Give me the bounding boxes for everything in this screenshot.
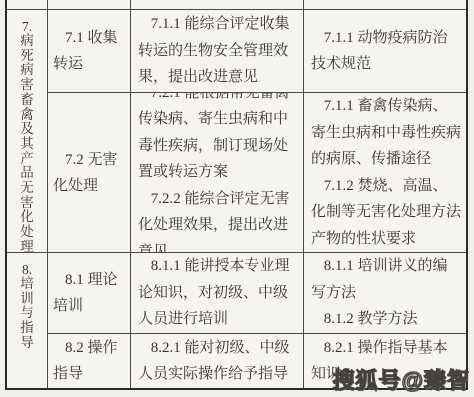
section-7-function-cell: 7. 病死病害畜禽及其产品无害化处理 bbox=[7, 10, 48, 253]
section-8-number: 8. bbox=[7, 262, 47, 277]
knowledge-cell-7-2: 7.1.1 畜禽传染病、寄生虫病和中毒性疾病的病原、传播途径 7.1.2 焚烧、… bbox=[304, 93, 466, 253]
work-label: 8.2 操作指导 bbox=[53, 335, 125, 387]
skill-item: 7.2.2 能综合评定无害化处理效果，提出改进意见 bbox=[138, 186, 298, 253]
skill-item: 8.1.1 能讲授本专业理论知识，对初级、中级人员进行培训 bbox=[138, 253, 298, 333]
skills-cell-8-1: 8.1.1 能讲授本专业理论知识，对初级、中级人员进行培训 bbox=[131, 253, 304, 334]
cutoff-row-cell bbox=[304, 0, 466, 10]
work-label: 7.1 收集转运 bbox=[53, 25, 125, 77]
knowledge-item: 7.1.2 焚烧、高温、化制等无害化处理方法产物的性状要求 bbox=[311, 173, 461, 253]
cutoff-row-cell bbox=[7, 0, 48, 10]
cutoff-row-cell bbox=[131, 0, 304, 10]
skills-cell-7-2: 7.2.1 能根据常见畜禽传染病、寄生虫病和中毒性疾病，制订现场处置或转运方案 … bbox=[131, 93, 304, 253]
knowledge-item: 7.1.1 动物疫病防治技术规范 bbox=[311, 25, 461, 78]
cutoff-row-cell bbox=[48, 0, 131, 10]
section-8-name: 培训与指导 bbox=[20, 277, 35, 351]
scanned-document-page: 7. 病死病害畜禽及其产品无害化处理 7.1 收集转运 7.1.1 能综合评定收… bbox=[0, 0, 474, 397]
skill-item: 8.2.1 能对初级、中级人员实际操作给予指导 bbox=[138, 335, 298, 388]
section-8-function-cell: 8. 培训与指导 bbox=[7, 253, 48, 388]
skills-cell-8-2: 8.2.1 能对初级、中级人员实际操作给予指导 bbox=[131, 334, 304, 388]
knowledge-item: 8.1.2 教学方法 bbox=[311, 306, 461, 333]
knowledge-item: 7.1.1 畜禽传染病、寄生虫病和中毒性疾病的病原、传播途径 bbox=[311, 93, 461, 173]
knowledge-cell-8-1: 8.1.1 培训讲义的编写方法 8.1.2 教学方法 bbox=[304, 253, 466, 334]
work-label: 8.1 理论培训 bbox=[53, 267, 125, 319]
section-7-name: 病死病害畜禽及其产品无害化处理 bbox=[20, 34, 35, 253]
knowledge-item: 8.1.1 培训讲义的编写方法 bbox=[311, 253, 461, 306]
skill-item: 7.1.1 能综合评定收集转运的生物安全管理效果，提出改进意见 bbox=[138, 11, 298, 91]
work-cell-7-2: 7.2 无害化处理 bbox=[48, 93, 131, 253]
work-cell-8-2: 8.2 操作指导 bbox=[48, 334, 131, 388]
occupational-skill-table: 7. 病死病害畜禽及其产品无害化处理 7.1 收集转运 7.1.1 能综合评定收… bbox=[5, 0, 468, 390]
skills-cell-7-1: 7.1.1 能综合评定收集转运的生物安全管理效果，提出改进意见 bbox=[131, 10, 304, 93]
sohu-watermark: 搜狐号@臻智 bbox=[333, 364, 470, 395]
work-cell-8-1: 8.1 理论培训 bbox=[48, 253, 131, 334]
section-7-number: 7. bbox=[7, 19, 47, 34]
work-label: 7.2 无害化处理 bbox=[53, 147, 125, 199]
work-cell-7-1: 7.1 收集转运 bbox=[48, 10, 131, 93]
skill-item: 7.2.1 能根据常见畜禽传染病、寄生虫病和中毒性疾病，制订现场处置或转运方案 bbox=[138, 93, 298, 186]
knowledge-cell-7-1: 7.1.1 动物疫病防治技术规范 bbox=[304, 10, 466, 93]
